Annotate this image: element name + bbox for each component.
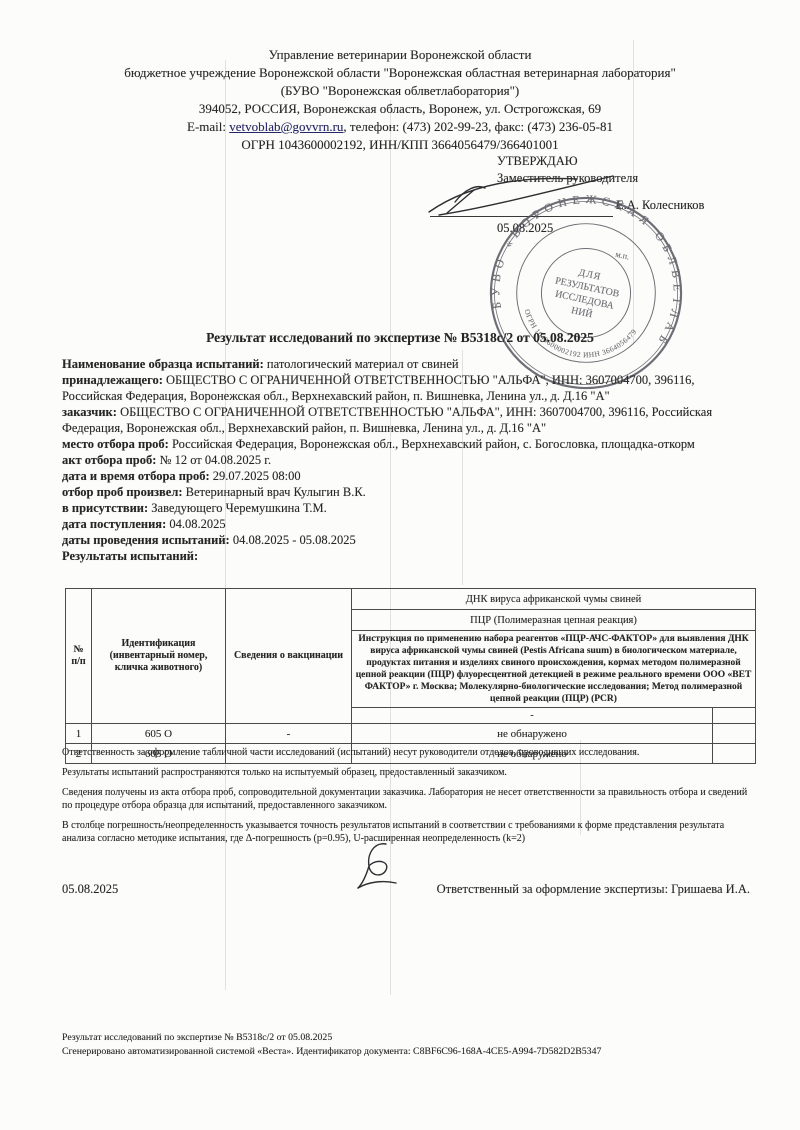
footer-expertise-ref: Результат исследований по экспертизе № В… [62, 1031, 755, 1045]
signoff-date: 05.08.2025 [62, 882, 118, 897]
footnotes: Ответственность за оформление табличной … [62, 746, 755, 852]
table-row: 1 605 О - не обнаружено [66, 724, 756, 744]
row-vaccination: - [226, 724, 352, 744]
detail-line: отбор проб произвел: Ветеринарный врач К… [62, 484, 755, 500]
footnote: Сведения получены из акта отбора проб, с… [62, 786, 755, 812]
column-header-number: № п/п [66, 589, 92, 724]
detail-value: Российская Федерация, Воронежская обл., … [169, 437, 695, 451]
detail-line: Результаты испытаний: [62, 548, 755, 564]
detail-line: Наименование образца испытаний: патологи… [62, 356, 755, 372]
org-contacts-line: E-mail: vetvoblab@govvrn.ru, телефон: (4… [48, 118, 752, 136]
detail-line: заказчик: ОБЩЕСТВО С ОГРАНИЧЕННОЙ ОТВЕТС… [62, 404, 755, 436]
footnote: В столбце погрешность/неопределенность у… [62, 819, 755, 845]
signoff-label: Ответственный за оформление экспертизы: … [437, 882, 750, 897]
detail-value: Заведующего Черемушкина Т.М. [148, 501, 327, 515]
stamp-mp-label: м.п. [615, 250, 631, 262]
org-ogrn-inn: ОГРН 1043600002192, ИНН/КПП 3664056479/3… [48, 136, 752, 154]
result-header-pcr: ПЦР (Полимеразная цепная реакция) [352, 610, 756, 631]
detail-line: место отбора проб: Российская Федерация,… [62, 436, 755, 452]
column-header-identification: Идентификация (инвентарный номер, кличка… [92, 589, 226, 724]
column-header-vaccination: Сведения о вакцинации [226, 589, 352, 724]
approve-word: УТВЕРЖДАЮ [497, 153, 638, 170]
detail-value: 04.08.2025 - 05.08.2025 [230, 533, 356, 547]
detail-label: отбор проб произвел: [62, 485, 183, 499]
footnote: Ответственность за оформление табличной … [62, 746, 755, 759]
phone-fax: , телефон: (473) 202-99-23, факс: (473) … [343, 119, 613, 134]
detail-label: дата поступления: [62, 517, 166, 531]
row-identification: 605 О [92, 724, 226, 744]
detail-line: акт отбора проб: № 12 от 04.08.2025 г. [62, 452, 755, 468]
detail-line: в присутствии: Заведующего Черемушкина Т… [62, 500, 755, 516]
detail-label: акт отбора проб: [62, 453, 156, 467]
detail-label: в присутствии: [62, 501, 148, 515]
detail-value: Ветеринарный врач Кулыгин В.К. [183, 485, 366, 499]
row-result: не обнаружено [352, 724, 713, 744]
detail-line: дата и время отбора проб: 29.07.2025 08:… [62, 468, 755, 484]
detail-value: 29.07.2025 08:00 [210, 469, 301, 483]
sample-details: Наименование образца испытаний: патологи… [62, 356, 755, 564]
detail-label: Результаты испытаний: [62, 549, 198, 563]
row-number: 1 [66, 724, 92, 744]
result-header-dash: - [352, 708, 713, 724]
email-label: E-mail: [187, 119, 226, 134]
detail-value: ОБЩЕСТВО С ОГРАНИЧЕННОЙ ОТВЕТСТВЕННОСТЬЮ… [62, 405, 712, 435]
letterhead: Управление ветеринарии Воронежской облас… [48, 46, 752, 154]
detail-line: дата поступления: 04.08.2025 [62, 516, 755, 532]
org-administration: Управление ветеринарии Воронежской облас… [48, 46, 752, 64]
detail-label: Наименование образца испытаний: [62, 357, 264, 371]
executor-signature [352, 840, 402, 892]
detail-label: дата и время отбора проб: [62, 469, 210, 483]
footer-document-id: Сгенерировано автоматизированной системо… [62, 1045, 755, 1059]
detail-value: 04.08.2025 [166, 517, 225, 531]
org-address: 394052, РОССИЯ, Воронежская область, Вор… [48, 100, 752, 118]
page-footer: Результат исследований по экспертизе № В… [62, 1031, 755, 1059]
document-page: Управление ветеринарии Воронежской облас… [0, 0, 800, 1130]
detail-value: № 12 от 04.08.2025 г. [156, 453, 271, 467]
detail-label: заказчик: [62, 405, 117, 419]
detail-line: принадлежащего: ОБЩЕСТВО С ОГРАНИЧЕННОЙ … [62, 372, 755, 404]
detail-value: патологический материал от свиней [264, 357, 459, 371]
result-header-method: Инструкция по применению набора реагенто… [352, 631, 756, 708]
org-short-name: (БУВО "Воронежская облветлаборатория") [48, 82, 752, 100]
uncertainty-header-cell [713, 708, 756, 724]
row-uncertainty [713, 724, 756, 744]
detail-label: принадлежащего: [62, 373, 163, 387]
results-table: № п/п Идентификация (инвентарный номер, … [65, 588, 756, 764]
document-title: Результат исследований по экспертизе № В… [48, 330, 752, 346]
detail-label: место отбора проб: [62, 437, 169, 451]
footnote: Результаты испытаний распространяются то… [62, 766, 755, 779]
detail-label: даты проведения испытаний: [62, 533, 230, 547]
result-header-dna: ДНК вируса африканской чумы свиней [352, 589, 756, 610]
detail-line: даты проведения испытаний: 04.08.2025 - … [62, 532, 755, 548]
email-link[interactable]: vetvoblab@govvrn.ru [229, 119, 343, 134]
org-institution: бюджетное учреждение Воронежской области… [48, 64, 752, 82]
